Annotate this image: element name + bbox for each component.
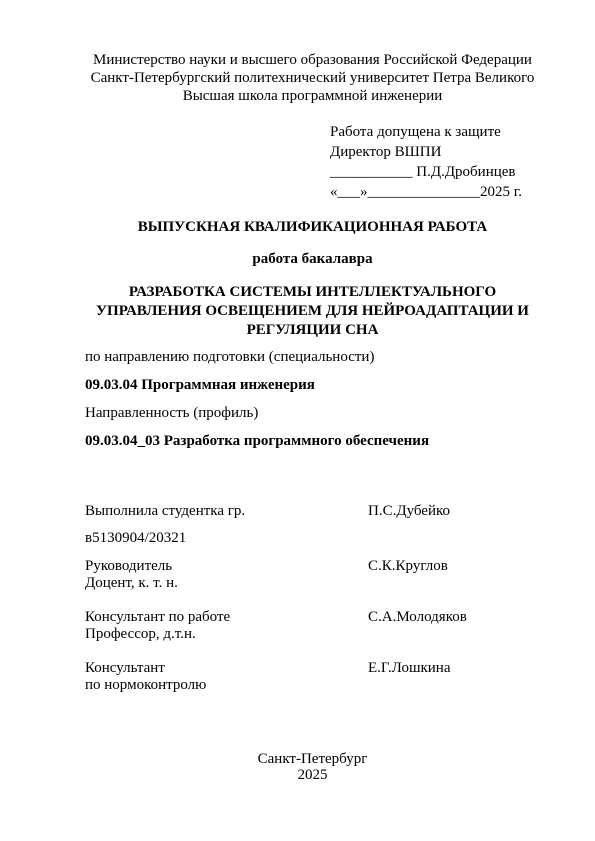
consultant-label: Консультант по работе Профессор, д.т.н. — [85, 609, 368, 643]
director-signature-line: ___________ П.Д.Дробинцев — [330, 162, 540, 182]
direction-label: по направлению подготовки (специальности… — [85, 348, 540, 366]
signature-row-supervisor: Руководитель Доцент, к. т. н. С.К.Кругло… — [85, 558, 540, 592]
supervisor-name: С.К.Круглов — [368, 558, 540, 575]
signature-rows: Выполнила студентка гр. в5130904/20321 П… — [85, 503, 540, 694]
admitted-line: Работа допущена к защите — [330, 122, 540, 142]
footer-block: Санкт-Петербург 2025 — [85, 751, 540, 783]
director-name: П.Д.Дробинцев — [416, 164, 515, 180]
profile-value: 09.03.04_03 Разработка программного обес… — [85, 432, 540, 450]
norm-control-label: Консультант по нормоконтролю — [85, 660, 368, 694]
ministry-line: Министерство науки и высшего образования… — [85, 51, 540, 69]
document-page: Министерство науки и высшего образования… — [0, 0, 595, 841]
student-name: П.С.Дубейко — [368, 503, 540, 520]
work-type-subtitle: работа бакалавра — [85, 250, 540, 268]
profile-label: Направленность (профиль) — [85, 404, 540, 422]
norm-control-name: Е.Г.Лошкина — [368, 660, 540, 677]
work-type-title: ВЫПУСКНАЯ КВАЛИФИКАЦИОННАЯ РАБОТА — [85, 218, 540, 236]
specialization-block: по направлению подготовки (специальности… — [85, 348, 540, 450]
footer-city: Санкт-Петербург — [85, 751, 540, 767]
student-label: Выполнила студентка гр. в5130904/20321 — [85, 503, 368, 547]
university-line: Санкт-Петербургский политехнический унив… — [85, 69, 540, 87]
signature-row-norm-control: Консультант по нормоконтролю Е.Г.Лошкина — [85, 660, 540, 694]
director-title-line: Директор ВШПИ — [330, 142, 540, 162]
direction-value: 09.03.04 Программная инженерия — [85, 376, 540, 394]
approval-block: Работа допущена к защите Директор ВШПИ _… — [330, 122, 540, 202]
school-line: Высшая школа программной инженерии — [85, 87, 540, 105]
signature-row-consultant: Консультант по работе Профессор, д.т.н. … — [85, 609, 540, 643]
signature-blank: ___________ — [330, 164, 413, 180]
supervisor-label: Руководитель Доцент, к. т. н. — [85, 558, 368, 592]
institution-header: Министерство науки и высшего образования… — [85, 51, 540, 105]
date-line: «___»_______________2025 г. — [330, 182, 540, 202]
consultant-name: С.А.Молодяков — [368, 609, 540, 626]
footer-year: 2025 — [85, 767, 540, 783]
thesis-title: РАЗРАБОТКА СИСТЕМЫ ИНТЕЛЛЕКТУАЛЬНОГО УПР… — [85, 283, 540, 340]
signature-row-student: Выполнила студентка гр. в5130904/20321 П… — [85, 503, 540, 547]
